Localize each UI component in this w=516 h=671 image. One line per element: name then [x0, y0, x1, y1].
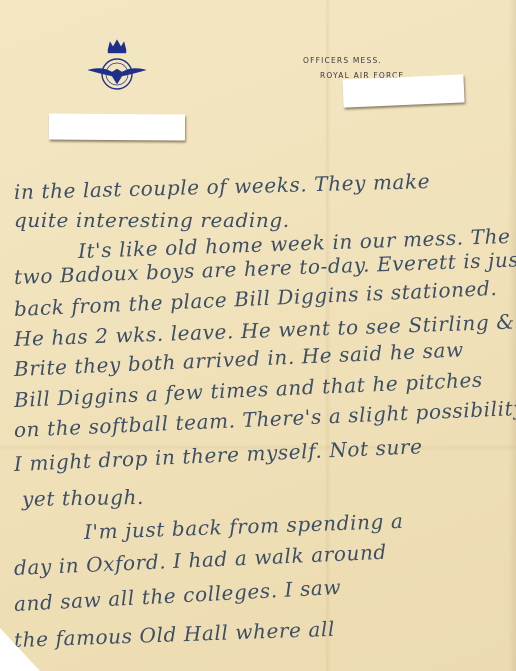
letter-page: OFFICERS MESS. ROYAL AIR FORCE. in the l… — [0, 0, 516, 671]
letter-line: quite interesting reading. — [14, 208, 290, 232]
letter-line: day in Oxford. I had a walk around — [13, 540, 387, 580]
letter-line: yet though. — [22, 485, 144, 511]
letter-line: and saw all the colleges. I saw — [13, 575, 341, 616]
letter-line: the famous Old Hall where all — [14, 617, 336, 652]
letterhead-officers-mess: OFFICERS MESS. — [303, 56, 382, 65]
raf-crest-icon — [86, 36, 148, 100]
paper-edge — [508, 0, 516, 671]
date-redaction — [49, 114, 185, 141]
letter-line: I might drop in there myself. Not sure — [13, 434, 423, 476]
letter-line: in the last couple of weeks. They make — [14, 169, 431, 204]
letter-line: I'm just back from spending a — [84, 509, 404, 544]
address-redaction — [342, 74, 464, 107]
